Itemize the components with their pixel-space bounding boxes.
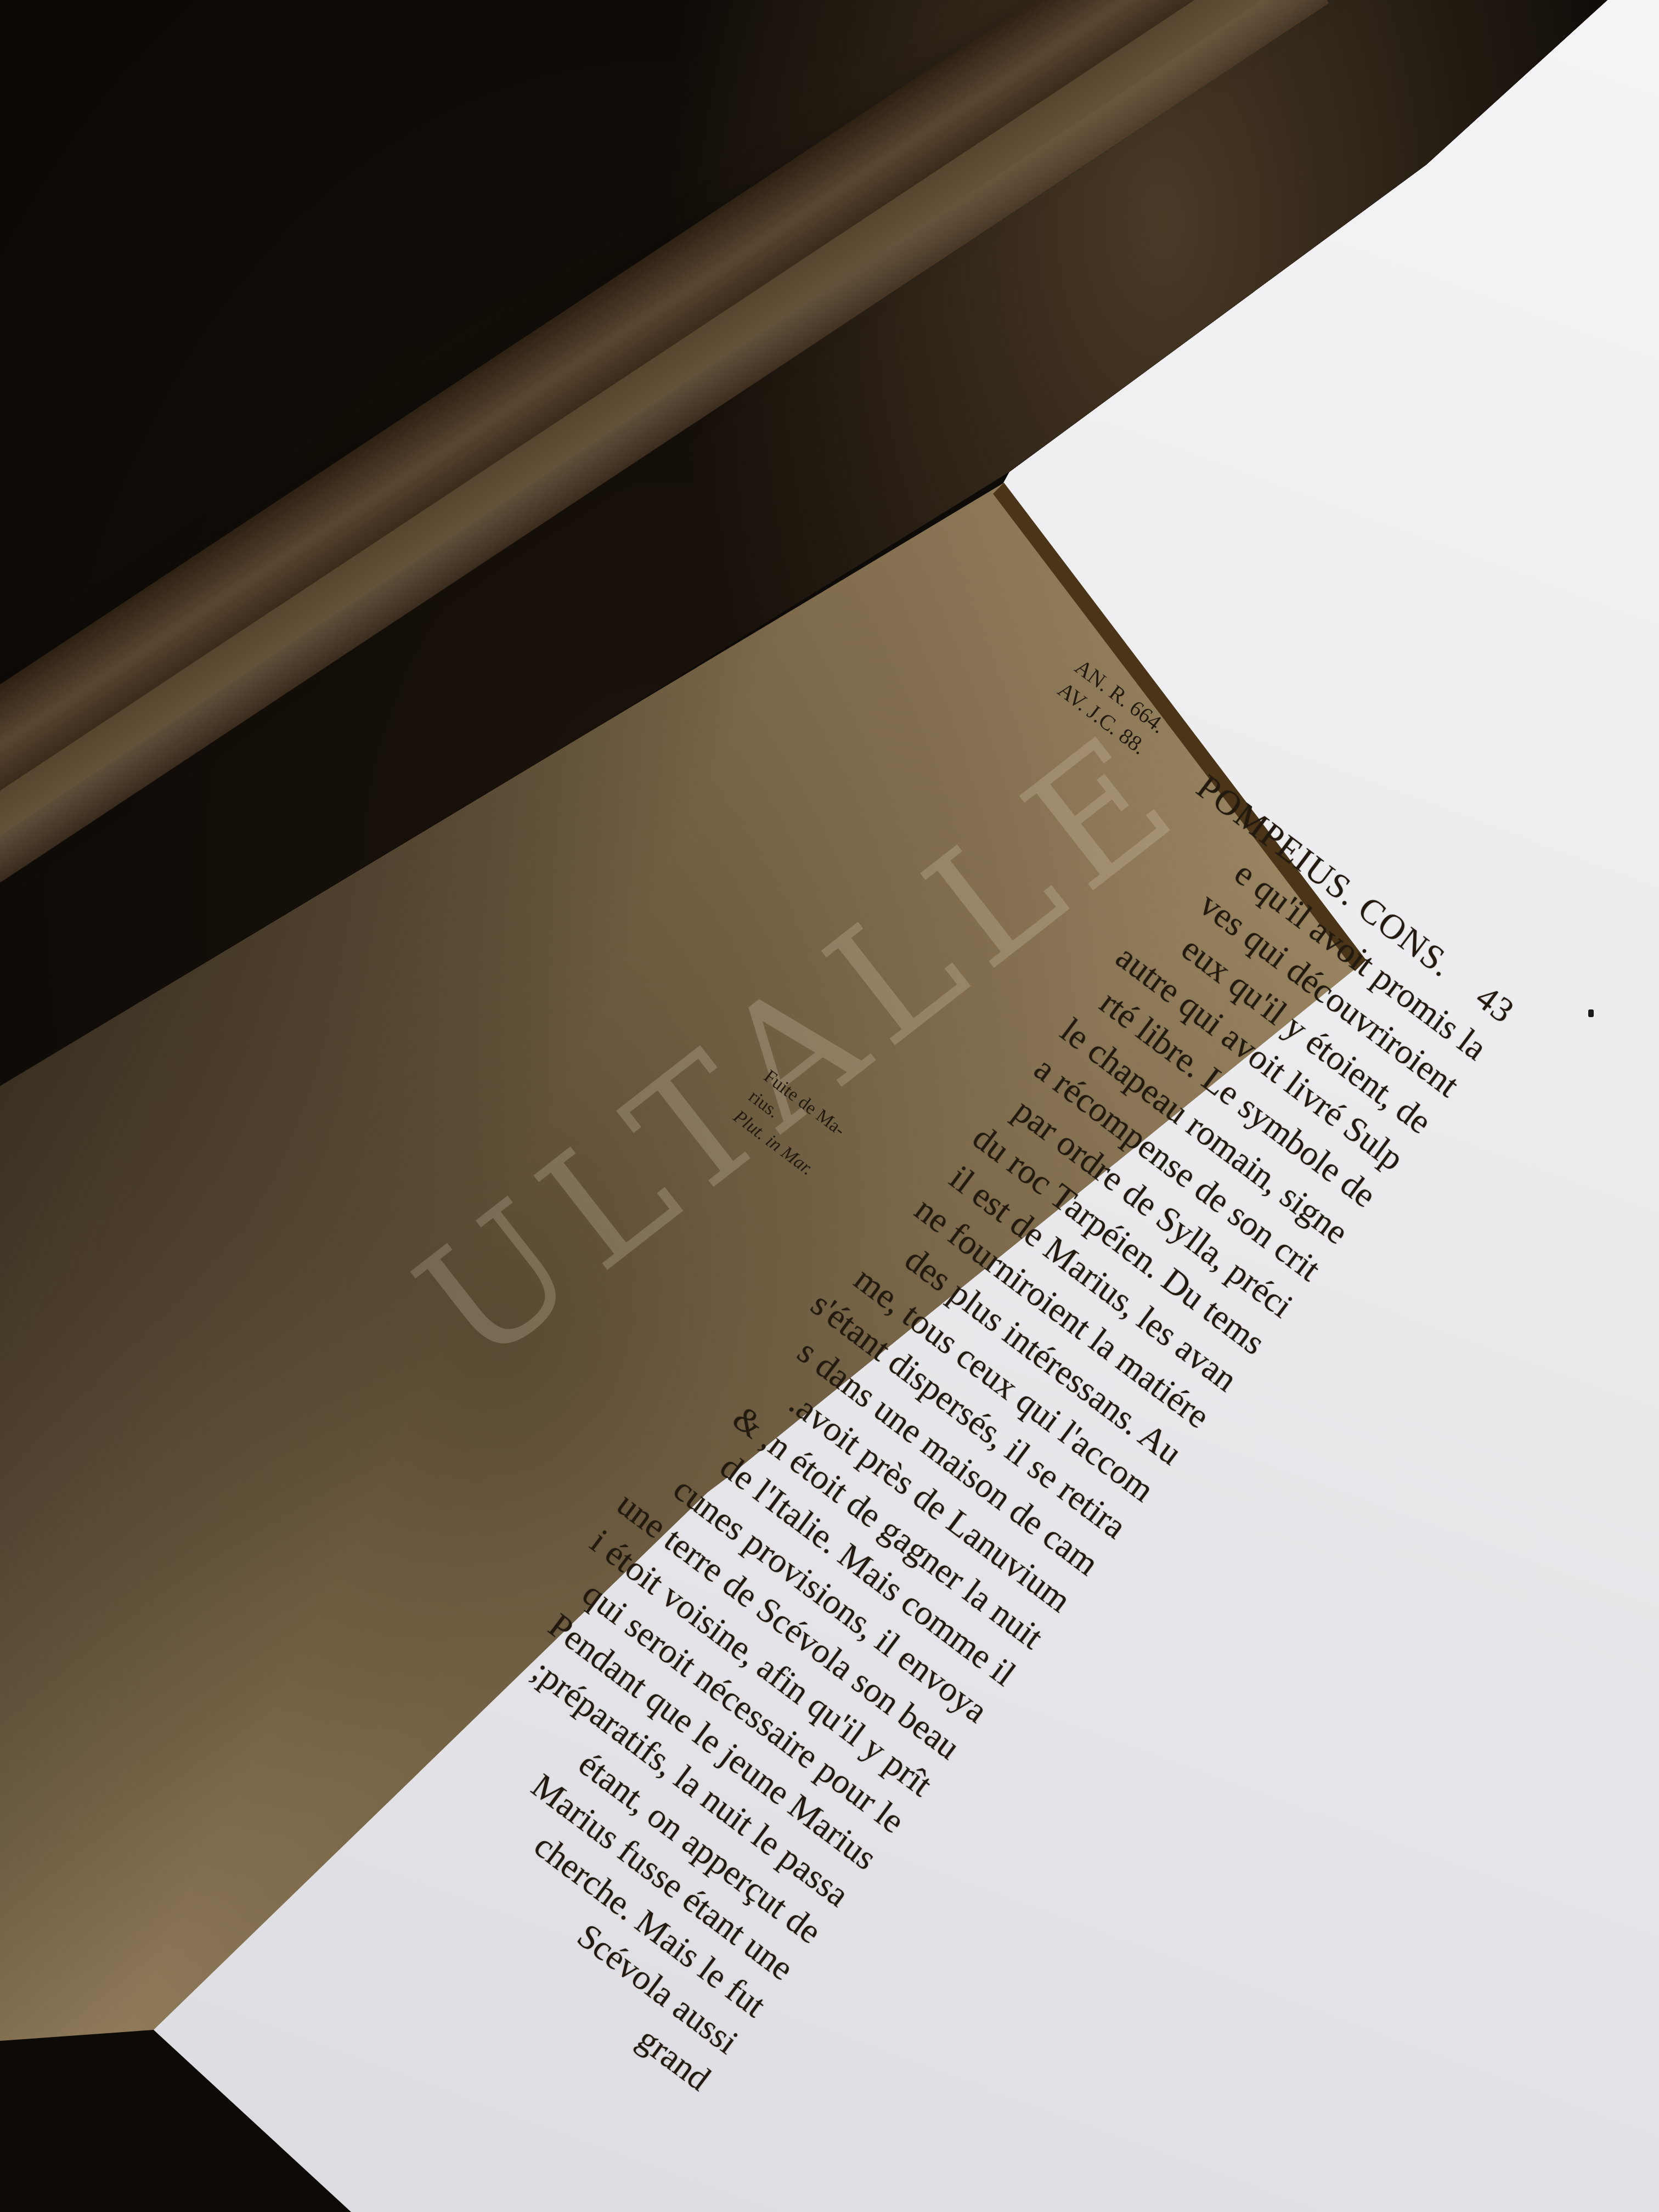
dust-speck [1588,1009,1594,1017]
photo-scene: ULTALLE AN. R. 664. AV. J.C. 88. POMPEIU… [0,0,1659,2212]
